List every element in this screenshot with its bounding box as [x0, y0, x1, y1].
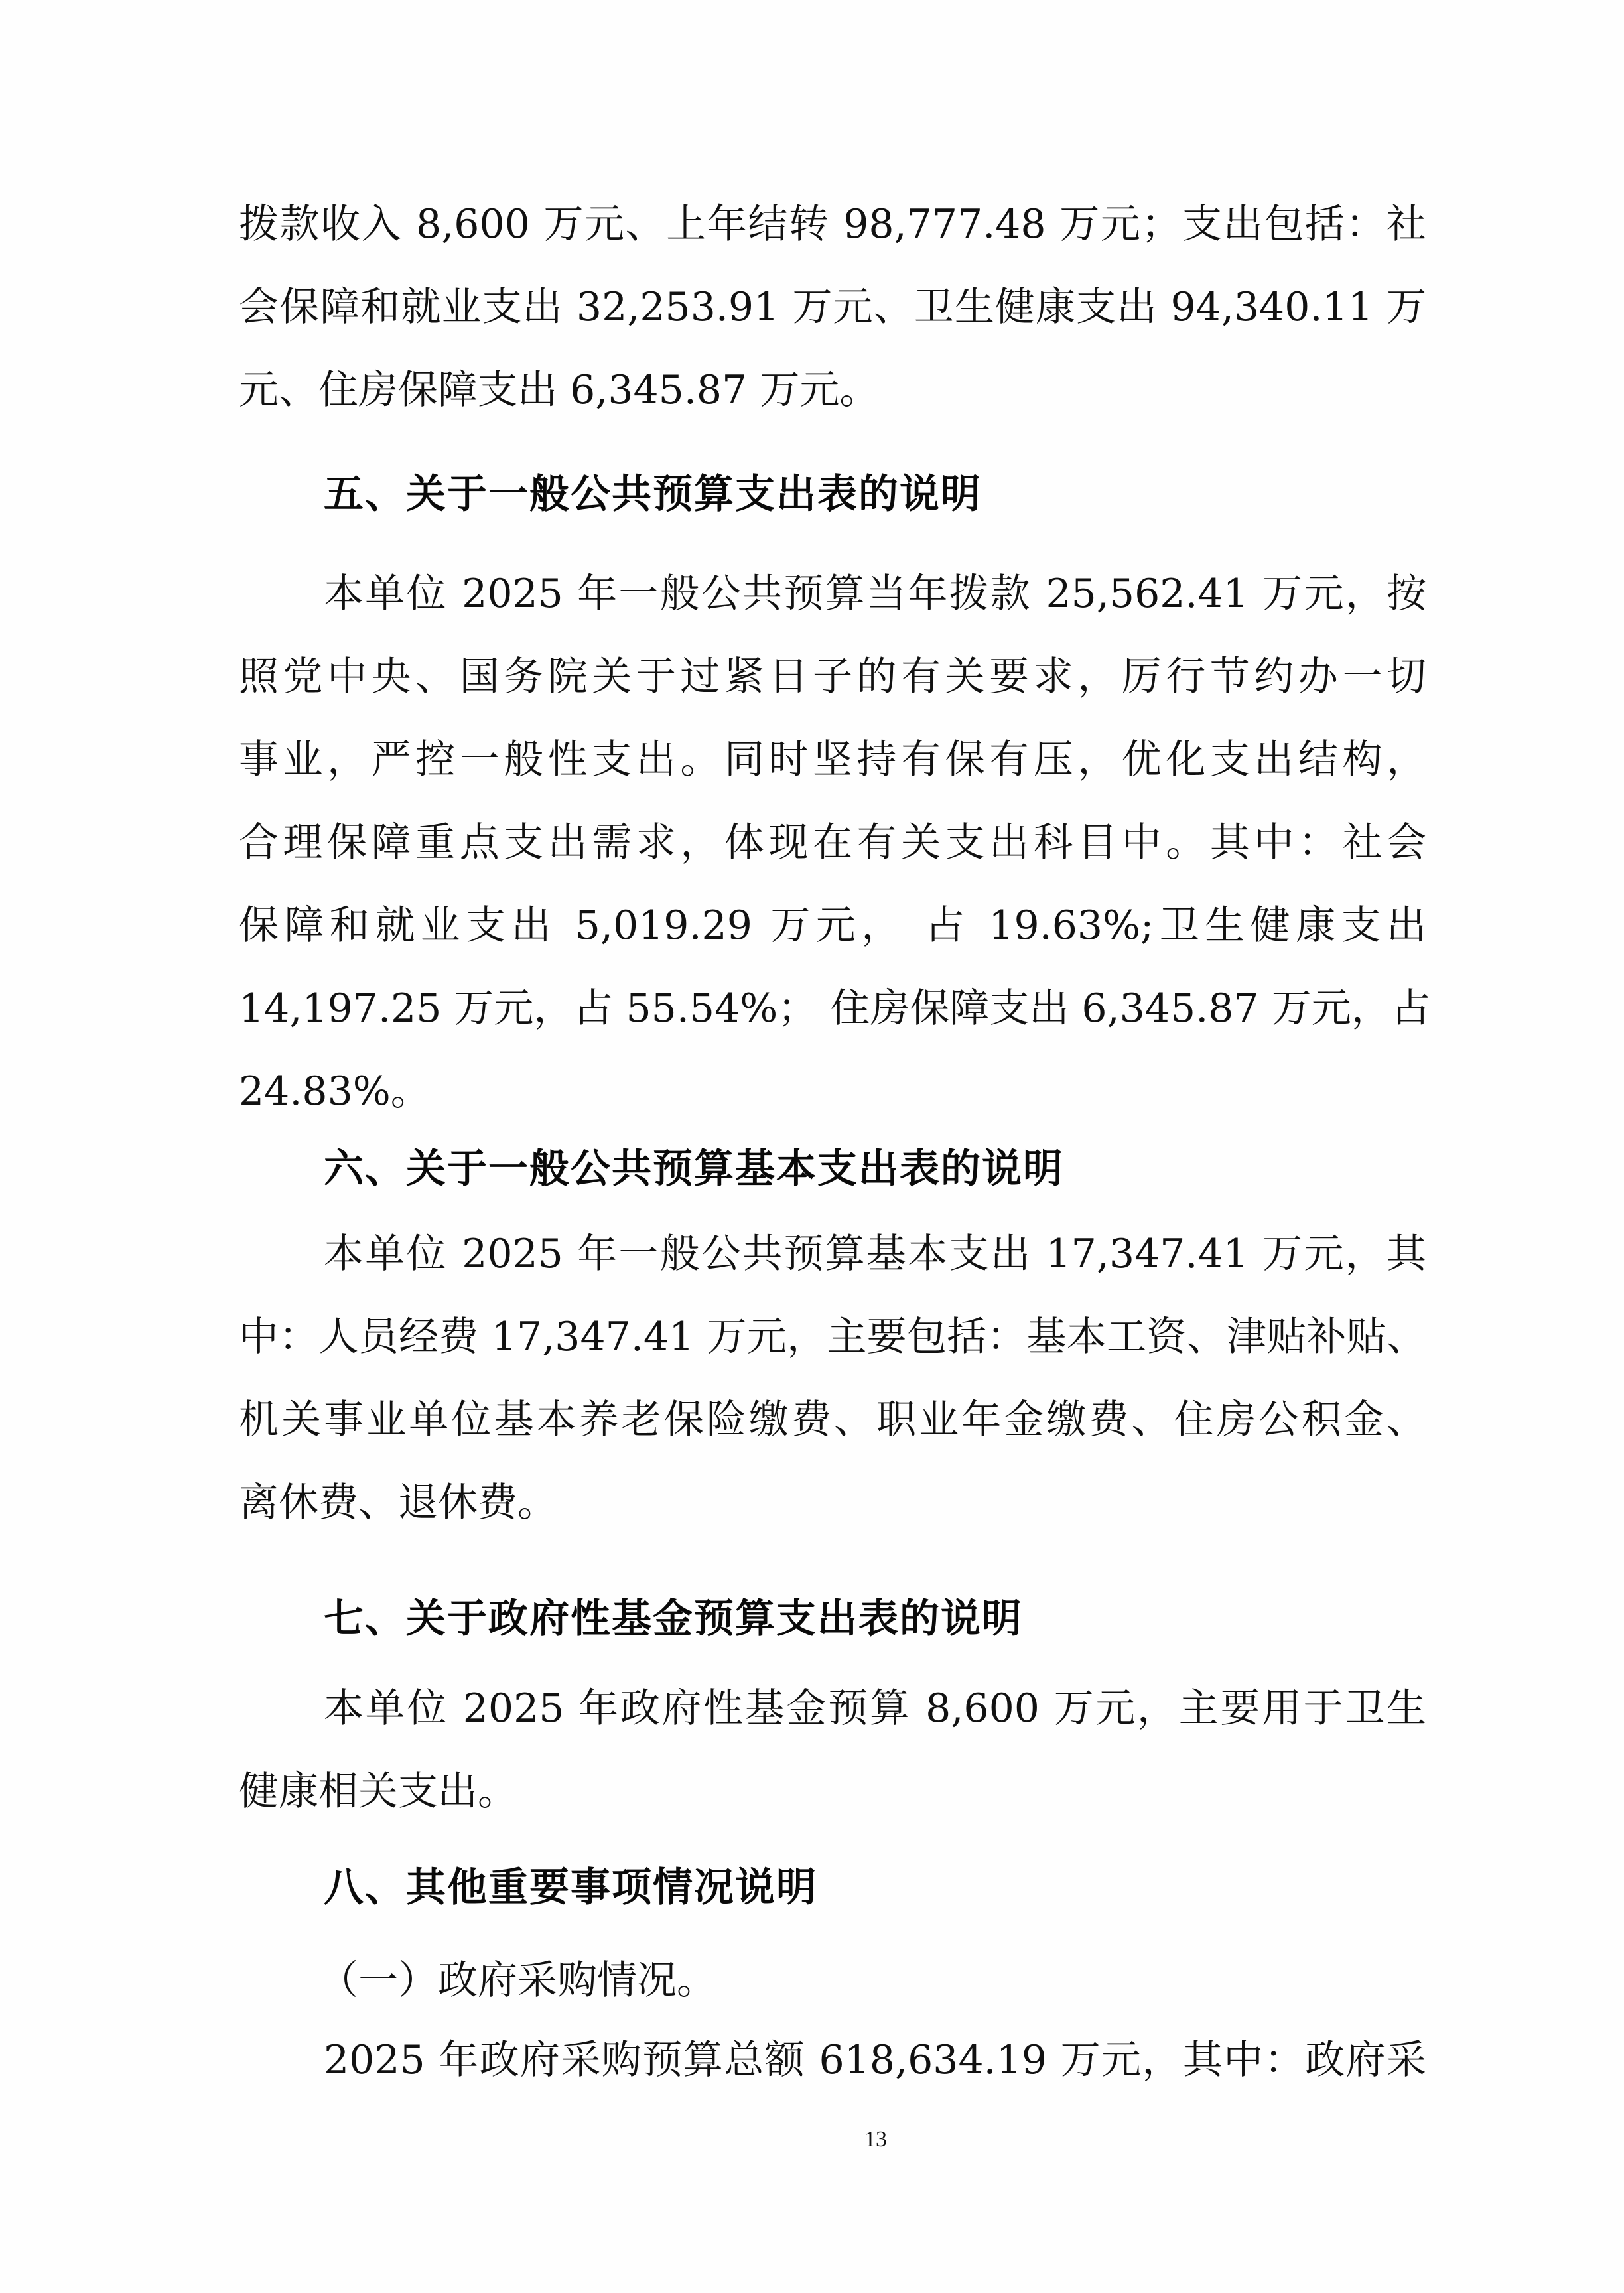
paragraph-line: 健康相关支出。 [239, 1765, 1426, 1818]
paragraph-line: 24.83%。 [239, 1065, 1426, 1118]
paragraph-line: 2025 年政府采购预算总额 618,634.19 万元，其中：政府采 [324, 2034, 1426, 2087]
section-heading-7: 七、关于政府性基金预算支出表的说明 [324, 1592, 1023, 1645]
subsection-heading-procurement: （一）政府采购情况。 [318, 1954, 716, 2007]
paragraph-line: 保障和就业支出 5,019.29 万元， 占 19.63%;卫生健康支出 [239, 899, 1426, 952]
page-number: 13 [856, 2123, 896, 2156]
section-heading-8: 八、其他重要事项情况说明 [324, 1861, 817, 1914]
document-page: 拨款收入 8,600 万元、上年结转 98,777.48 万元；支出包括：社 会… [0, 0, 1624, 2293]
paragraph-line: 14,197.25 万元，占 55.54%； 住房保障支出 6,345.87 万… [239, 982, 1426, 1035]
paragraph-line: 会保障和就业支出 32,253.91 万元、卫生健康支出 94,340.11 万 [239, 281, 1426, 334]
paragraph-line: 事业，严控一般性支出。同时坚持有保有压，优化支出结构， [239, 733, 1426, 786]
paragraph-line: 本单位 2025 年一般公共预算基本支出 17,347.41 万元，其 [324, 1227, 1426, 1281]
paragraph-line: 照党中央、国务院关于过紧日子的有关要求，厉行节约办一切 [239, 650, 1426, 703]
paragraph-line: 中：人员经费 17,347.41 万元，主要包括：基本工资、津贴补贴、 [239, 1310, 1426, 1363]
paragraph-line: 元、住房保障支出 6,345.87 万元。 [239, 364, 1426, 417]
paragraph-line: 本单位 2025 年一般公共预算当年拨款 25,562.41 万元，按 [324, 567, 1426, 620]
paragraph-line: 本单位 2025 年政府性基金预算 8,600 万元，主要用于卫生 [324, 1682, 1426, 1735]
section-heading-5: 五、关于一般公共预算支出表的说明 [324, 468, 982, 521]
paragraph-line: 离休费、退休费。 [239, 1476, 1426, 1529]
paragraph-line: 合理保障重点支出需求，体现在有关支出科目中。其中：社会 [239, 816, 1426, 869]
section-heading-6: 六、关于一般公共预算基本支出表的说明 [324, 1143, 1064, 1196]
paragraph-line: 拨款收入 8,600 万元、上年结转 98,777.48 万元；支出包括：社 [239, 198, 1426, 251]
paragraph-line: 机关事业单位基本养老保险缴费、职业年金缴费、住房公积金、 [239, 1393, 1426, 1446]
